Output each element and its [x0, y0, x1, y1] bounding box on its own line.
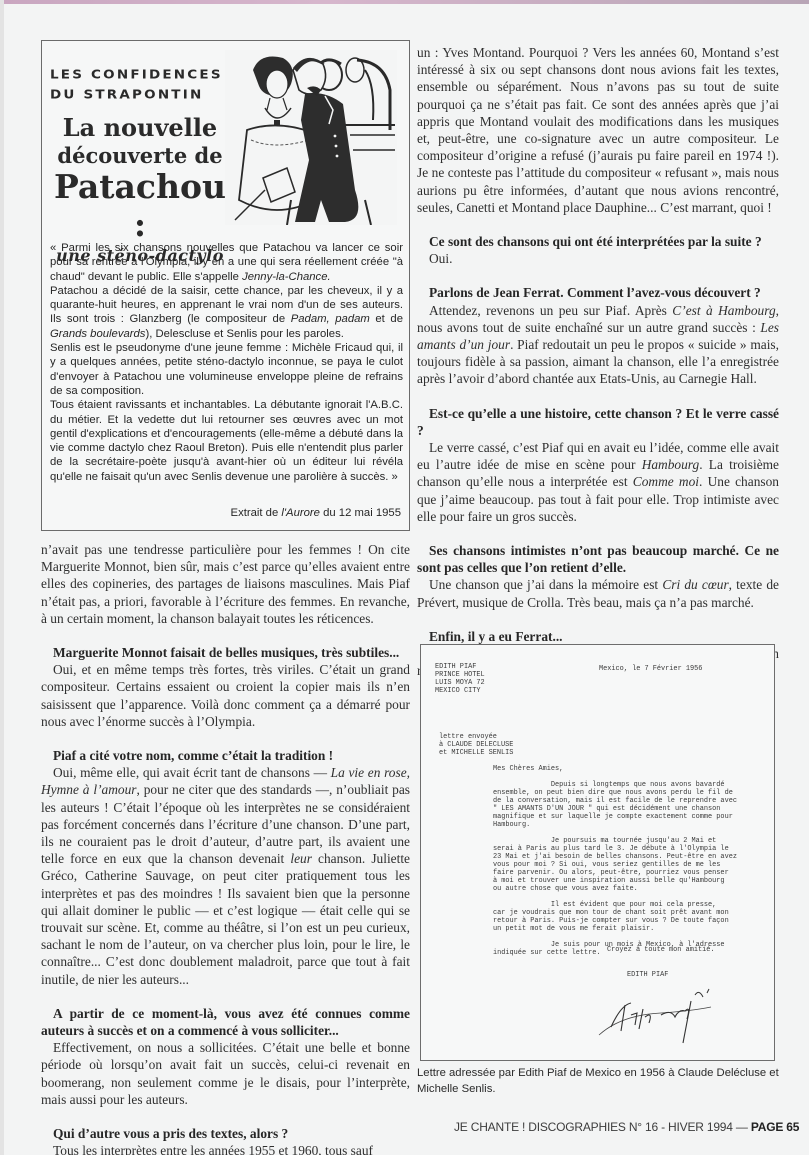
- clipping-header: LES CONFIDENCES DU STRAPONTIN La nouvell…: [50, 65, 230, 268]
- letter-facsimile: EDITH PIAF PRINCE HOTEL LUIS MOYA 72 MEX…: [420, 644, 775, 1061]
- letter-signature-name: EDITH PIAF: [627, 971, 668, 979]
- interview-answer: Le verre cassé, c’est Piaf qui en avait …: [417, 439, 779, 525]
- footer-publication: JE CHANTE ! DISCOGRAPHIES N° 16 - HIVER …: [454, 1120, 751, 1134]
- text-run: Tous étaient ravissants et inchantables.…: [50, 399, 403, 482]
- interview-answer: un : Yves Montand. Pourquoi ? Vers les a…: [417, 44, 779, 216]
- text-run: Oui, même elle, qui avait écrit tant de …: [53, 765, 331, 780]
- interview-answer: Une chanson que j’ai dans la mémoire est…: [417, 576, 779, 610]
- interview-answer: Tous les interprètes entre les années 19…: [41, 1142, 410, 1155]
- interview-question: Marguerite Monnot faisait de belles musi…: [41, 644, 410, 661]
- clipping-body: « Parmi les six chansons nouvelles que P…: [50, 241, 403, 484]
- letter-note: lettre envoyée à CLAUDE DELECLUSE et MIC…: [439, 733, 513, 757]
- clipping-paragraph: Senlis est le pseudonyme d'une jeune fem…: [50, 341, 403, 398]
- interview-answer: Effectivement, on nous a sollicitées. C’…: [41, 1039, 410, 1108]
- letter-date: Mexico, le 7 Février 1956: [599, 665, 702, 673]
- text-run: Tous les interprètes entre les années 19…: [53, 1143, 373, 1155]
- interview-question: Ce sont des chansons qui ont été interpr…: [417, 233, 779, 250]
- spacer: [417, 388, 779, 405]
- spacer: [417, 525, 779, 542]
- interview-answer: Attendez, revenons un peu sur Piaf. Aprè…: [417, 302, 779, 388]
- clipping-source: Extrait de l'Aurore du 12 mai 1955: [231, 507, 401, 519]
- clipping-paragraph: Tous étaient ravissants et inchantables.…: [50, 398, 403, 484]
- clipping-paragraph: Patachou a décidé de la saisir, cette ch…: [50, 284, 403, 341]
- text-run: Effectivement, on nous a sollicitées. C’…: [41, 1040, 410, 1107]
- article-column-right: un : Yves Montand. Pourquoi ? Vers les a…: [417, 44, 779, 680]
- interview-answer: Oui, même elle, qui avait écrit tant de …: [41, 764, 410, 988]
- article-column-left: n’avait pas une tendresse particulière p…: [41, 541, 410, 1155]
- italic-title: C’est à Hambourg: [672, 303, 775, 318]
- italic-title: Cri du cœur: [662, 577, 728, 592]
- text-run: Senlis est le pseudonyme d'une jeune fem…: [50, 342, 403, 397]
- text-run: Oui.: [429, 251, 452, 266]
- spacer: [41, 988, 410, 1005]
- interview-answer: Oui.: [417, 250, 779, 267]
- interview-question: Parlons de Jean Ferrat. Comment l’avez-v…: [417, 284, 779, 301]
- spacer: [41, 1108, 410, 1125]
- letter-sender: EDITH PIAF PRINCE HOTEL LUIS MOYA 72 MEX…: [435, 663, 485, 695]
- italic-title: leur: [290, 851, 312, 866]
- spacer: [41, 627, 410, 644]
- text-run: « Parmi les six chansons nouvelles que P…: [50, 242, 403, 283]
- interview-question: Piaf a cité votre nom, comme c’était la …: [41, 747, 410, 764]
- text-run: Oui, et en même temps très fortes, très …: [41, 662, 410, 729]
- italic-title: Hambourg: [642, 457, 700, 472]
- newspaper-clipping: LES CONFIDENCES DU STRAPONTIN La nouvell…: [41, 40, 410, 531]
- italic-title: Grands boulevards: [50, 328, 145, 340]
- clipping-paragraph: « Parmi les six chansons nouvelles que P…: [50, 241, 403, 284]
- page-left-edge: [0, 0, 4, 1155]
- interview-question: A partir de ce moment-là, vous avez été …: [41, 1005, 410, 1039]
- interview-question: Est-ce qu’elle a une histoire, cette cha…: [417, 405, 779, 439]
- letter-caption: Lettre adressée par Edith Piaf de Mexico…: [417, 1066, 787, 1097]
- page-top-edge: [0, 0, 809, 4]
- spacer: [417, 267, 779, 284]
- clipping-title: La nouvelle: [50, 113, 230, 143]
- text-run: un : Yves Montand. Pourquoi ? Vers les a…: [417, 45, 779, 215]
- interview-answer: n’avait pas une tendresse particulière p…: [41, 541, 410, 627]
- clipping-kicker: LES CONFIDENCES: [50, 66, 230, 84]
- footer-page-number: PAGE 65: [751, 1120, 799, 1134]
- page-footer: JE CHANTE ! DISCOGRAPHIES N° 16 - HIVER …: [454, 1120, 799, 1134]
- letter-salutation: Mes Chères Amies,: [493, 765, 563, 773]
- interview-answer: Oui, et en même temps très fortes, très …: [41, 661, 410, 730]
- text-run: ), Delescluse et Senlis pour les paroles…: [145, 328, 343, 340]
- interview-question: Qui d’autre vous a pris des textes, alor…: [41, 1125, 410, 1142]
- letter-closing: Croyez à toute mon amitié.: [607, 946, 715, 954]
- spacer: [417, 611, 779, 628]
- illustration-icon: [225, 50, 397, 225]
- spacer: [417, 216, 779, 233]
- clipping-kicker: DU STRAPONTIN: [50, 86, 230, 104]
- interview-question: Ses chansons intimistes n’ont pas beauco…: [417, 542, 779, 576]
- interview-question: Enfin, il y a eu Ferrat...: [417, 628, 779, 645]
- letter-body: Depuis si longtemps que nous avons bavar…: [493, 781, 737, 957]
- clipping-title: découverte de: [50, 143, 230, 168]
- italic-title: Padam, padam: [291, 313, 370, 325]
- text-run: n’avait pas une tendresse particulière p…: [41, 542, 410, 626]
- spacer: [41, 730, 410, 747]
- text-run: et de: [370, 313, 403, 325]
- text-run: chanson. Juliette Gréco, Catherine Sauva…: [41, 851, 410, 986]
- signature-icon: [591, 985, 741, 1045]
- text-run: Une chanson que j’ai dans la mémoire est: [429, 577, 662, 592]
- italic-title: Comme moi: [633, 474, 699, 489]
- text-run: Attendez, revenons un peu sur Piaf. Aprè…: [429, 303, 672, 318]
- clipping-title: Patachou :: [50, 168, 230, 244]
- italic-title: Jenny-la-Chance.: [242, 271, 331, 283]
